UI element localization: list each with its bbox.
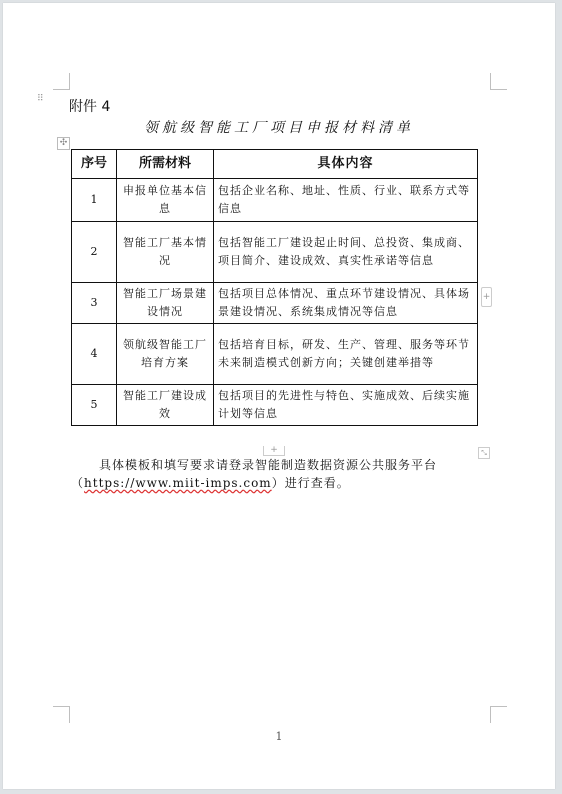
cell-content[interactable]: 包括培育目标，研发、生产、管理、服务等环节未来制造模式创新方向；关键创建举措等: [214, 324, 478, 385]
table-row: 2 智能工厂基本情况 包括智能工厂建设起止时间、总投资、集成商、项目简介、建设成…: [72, 222, 478, 283]
cell-no[interactable]: 3: [72, 283, 117, 324]
header-no: 序号: [72, 150, 117, 179]
table-row: 4 领航级智能工厂培育方案 包括培育目标，研发、生产、管理、服务等环节未来制造模…: [72, 324, 478, 385]
table-row: 5 智能工厂建设成效 包括项目的先进性与特色、实施成效、后续实施计划等信息: [72, 385, 478, 426]
margin-corner-top-right: [490, 73, 507, 90]
margin-corner-top-left: [53, 73, 70, 90]
cell-material[interactable]: 智能工厂场景建设情况: [117, 283, 214, 324]
cell-no[interactable]: 5: [72, 385, 117, 426]
margin-corner-bottom-left: [53, 706, 70, 723]
table-row: 1 申报单位基本信息 包括企业名称、地址、性质、行业、联系方式等信息: [72, 179, 478, 222]
cell-content[interactable]: 包括企业名称、地址、性质、行业、联系方式等信息: [214, 179, 478, 222]
cell-material[interactable]: 领航级智能工厂培育方案: [117, 324, 214, 385]
add-row-button[interactable]: +: [263, 446, 285, 456]
cell-content[interactable]: 包括项目的先进性与特色、实施成效、后续实施计划等信息: [214, 385, 478, 426]
cell-no[interactable]: 1: [72, 179, 117, 222]
cell-material[interactable]: 申报单位基本信息: [117, 179, 214, 222]
cell-content[interactable]: 包括项目总体情况、重点环节建设情况、具体场景建设情况、系统集成情况等信息: [214, 283, 478, 324]
document-title: 领航级智能工厂项目申报材料清单: [3, 117, 555, 137]
table-header-row: 序号 所需材料 具体内容: [72, 150, 478, 179]
cell-content[interactable]: 包括智能工厂建设起止时间、总投资、集成商、项目简介、建设成效、真实性承诺等信息: [214, 222, 478, 283]
cell-no[interactable]: 2: [72, 222, 117, 283]
materials-table: 序号 所需材料 具体内容 1 申报单位基本信息 包括企业名称、地址、性质、行业、…: [71, 149, 478, 426]
margin-corner-bottom-right: [490, 706, 507, 723]
document-page: ⠿ 附件 4 领航级智能工厂项目申报材料清单 ✣ 序号 所需材料 具体内容 1 …: [3, 3, 555, 789]
cell-material[interactable]: 智能工厂基本情况: [117, 222, 214, 283]
table-row: 3 智能工厂场景建设情况 包括项目总体情况、重点环节建设情况、具体场景建设情况、…: [72, 283, 478, 324]
table-move-handle-icon[interactable]: ✣: [57, 137, 70, 150]
header-material: 所需材料: [117, 150, 214, 179]
paragraph-drag-handle-icon[interactable]: ⠿: [37, 97, 47, 111]
page-number: 1: [3, 730, 555, 743]
cell-material[interactable]: 智能工厂建设成效: [117, 385, 214, 426]
header-content: 具体内容: [214, 150, 478, 179]
attachment-label: 附件 4: [69, 96, 110, 116]
instruction-note: 具体模板和填写要求请登录智能制造数据资源公共服务平台（https://www.m…: [71, 456, 483, 492]
cell-no[interactable]: 4: [72, 324, 117, 385]
note-text-suffix: ）进行查看。: [272, 476, 350, 490]
platform-url[interactable]: https://www.miit-imps.com: [84, 476, 272, 490]
add-column-button[interactable]: +: [481, 287, 492, 307]
